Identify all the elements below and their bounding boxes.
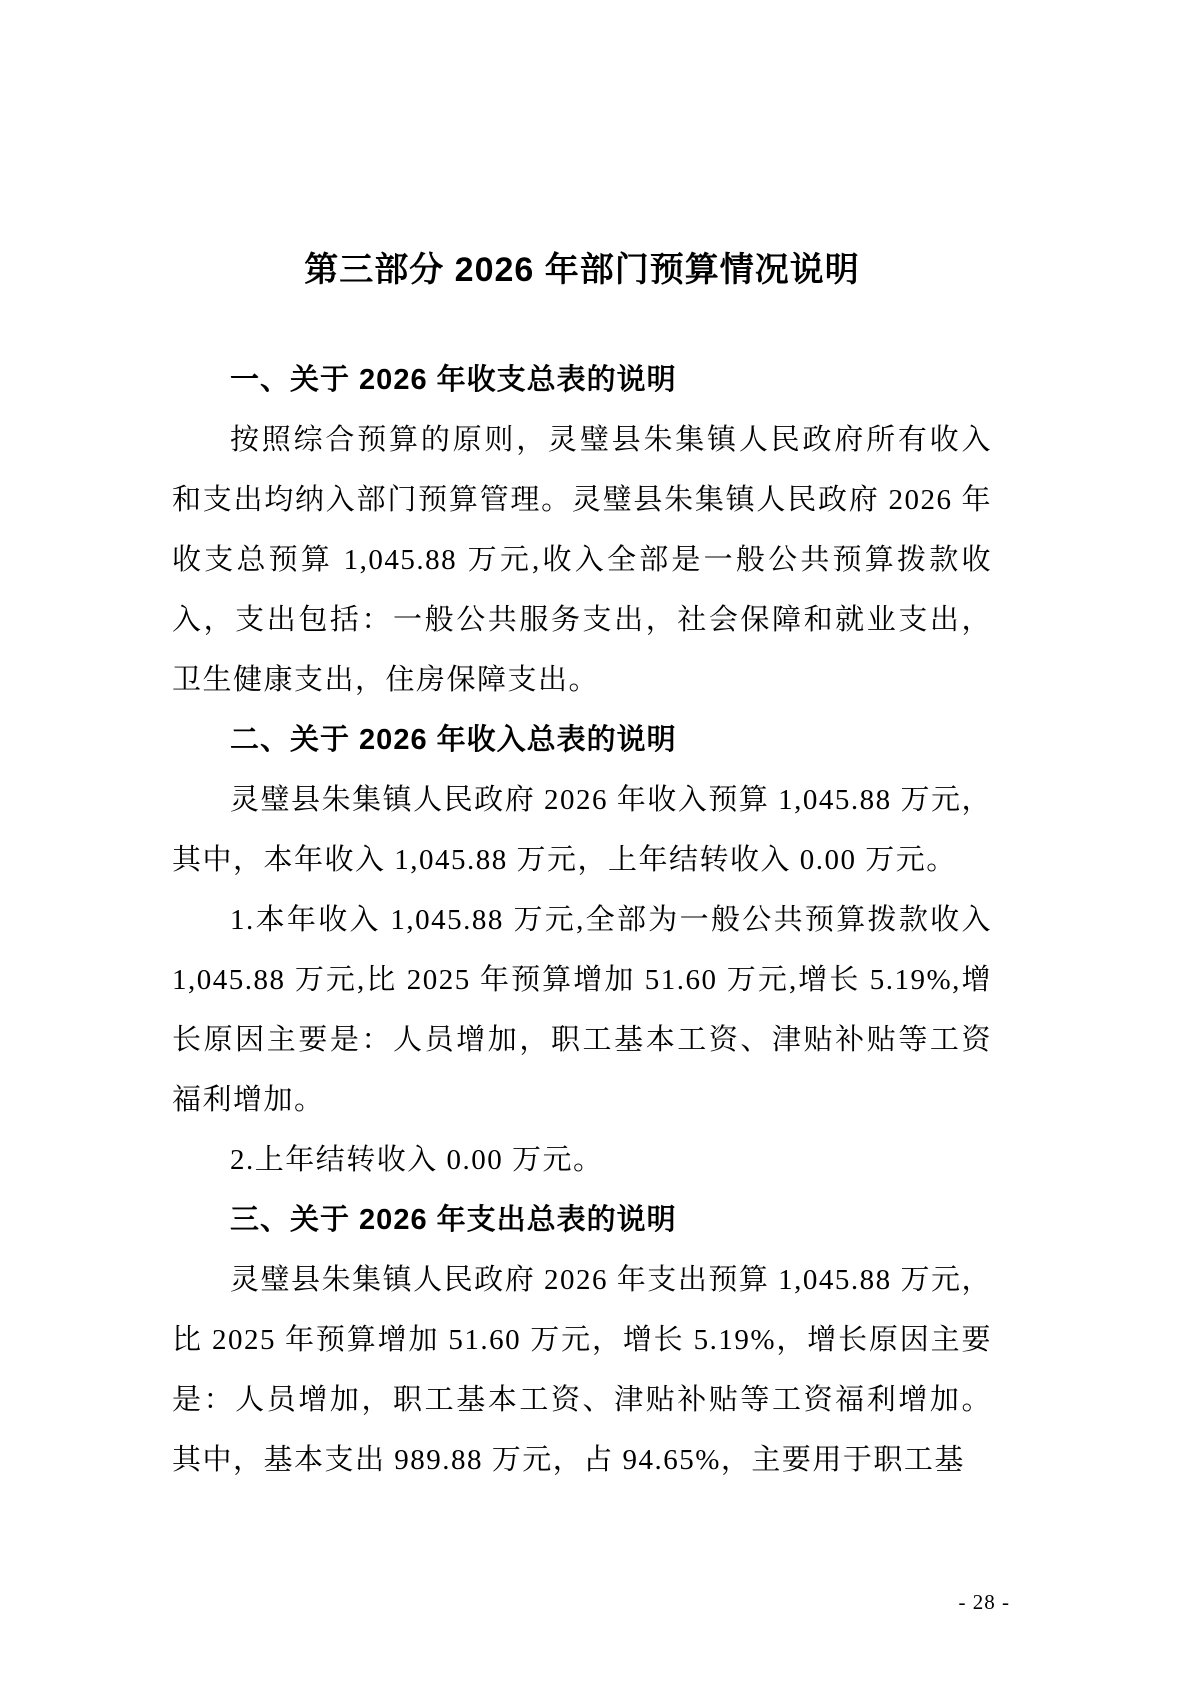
page-number: - 28 - <box>959 1590 1011 1615</box>
paragraph-overview: 按照综合预算的原则，灵璧县朱集镇人民政府所有收入和支出均纳入部门预算管理。灵璧县… <box>172 410 992 710</box>
section-heading-2: 二、关于 2026 年收入总表的说明 <box>172 710 992 770</box>
document-body: 第三部分 2026 年部门预算情况说明 一、关于 2026 年收支总表的说明 按… <box>172 248 992 1490</box>
section-heading-1: 一、关于 2026 年收支总表的说明 <box>172 350 992 410</box>
section-expenditure: 三、关于 2026 年支出总表的说明 灵璧县朱集镇人民政府 2026 年支出预算… <box>172 1190 992 1490</box>
paragraph-income-summary: 灵璧县朱集镇人民政府 2026 年收入预算 1,045.88 万元，其中，本年收… <box>172 770 992 890</box>
paragraph-income-item-1: 1.本年收入 1,045.88 万元,全部为一般公共预算拨款收入 1,045.8… <box>172 890 992 1130</box>
section-income: 二、关于 2026 年收入总表的说明 灵璧县朱集镇人民政府 2026 年收入预算… <box>172 710 992 1190</box>
paragraph-income-item-2: 2.上年结转收入 0.00 万元。 <box>172 1130 992 1190</box>
document-page: 第三部分 2026 年部门预算情况说明 一、关于 2026 年收支总表的说明 按… <box>0 0 1190 1683</box>
paragraph-expenditure-summary: 灵璧县朱集镇人民政府 2026 年支出预算 1,045.88 万元，比 2025… <box>172 1250 992 1490</box>
section-income-expenditure: 一、关于 2026 年收支总表的说明 按照综合预算的原则，灵璧县朱集镇人民政府所… <box>172 350 992 710</box>
page-title: 第三部分 2026 年部门预算情况说明 <box>172 248 992 292</box>
section-heading-3: 三、关于 2026 年支出总表的说明 <box>172 1190 992 1250</box>
